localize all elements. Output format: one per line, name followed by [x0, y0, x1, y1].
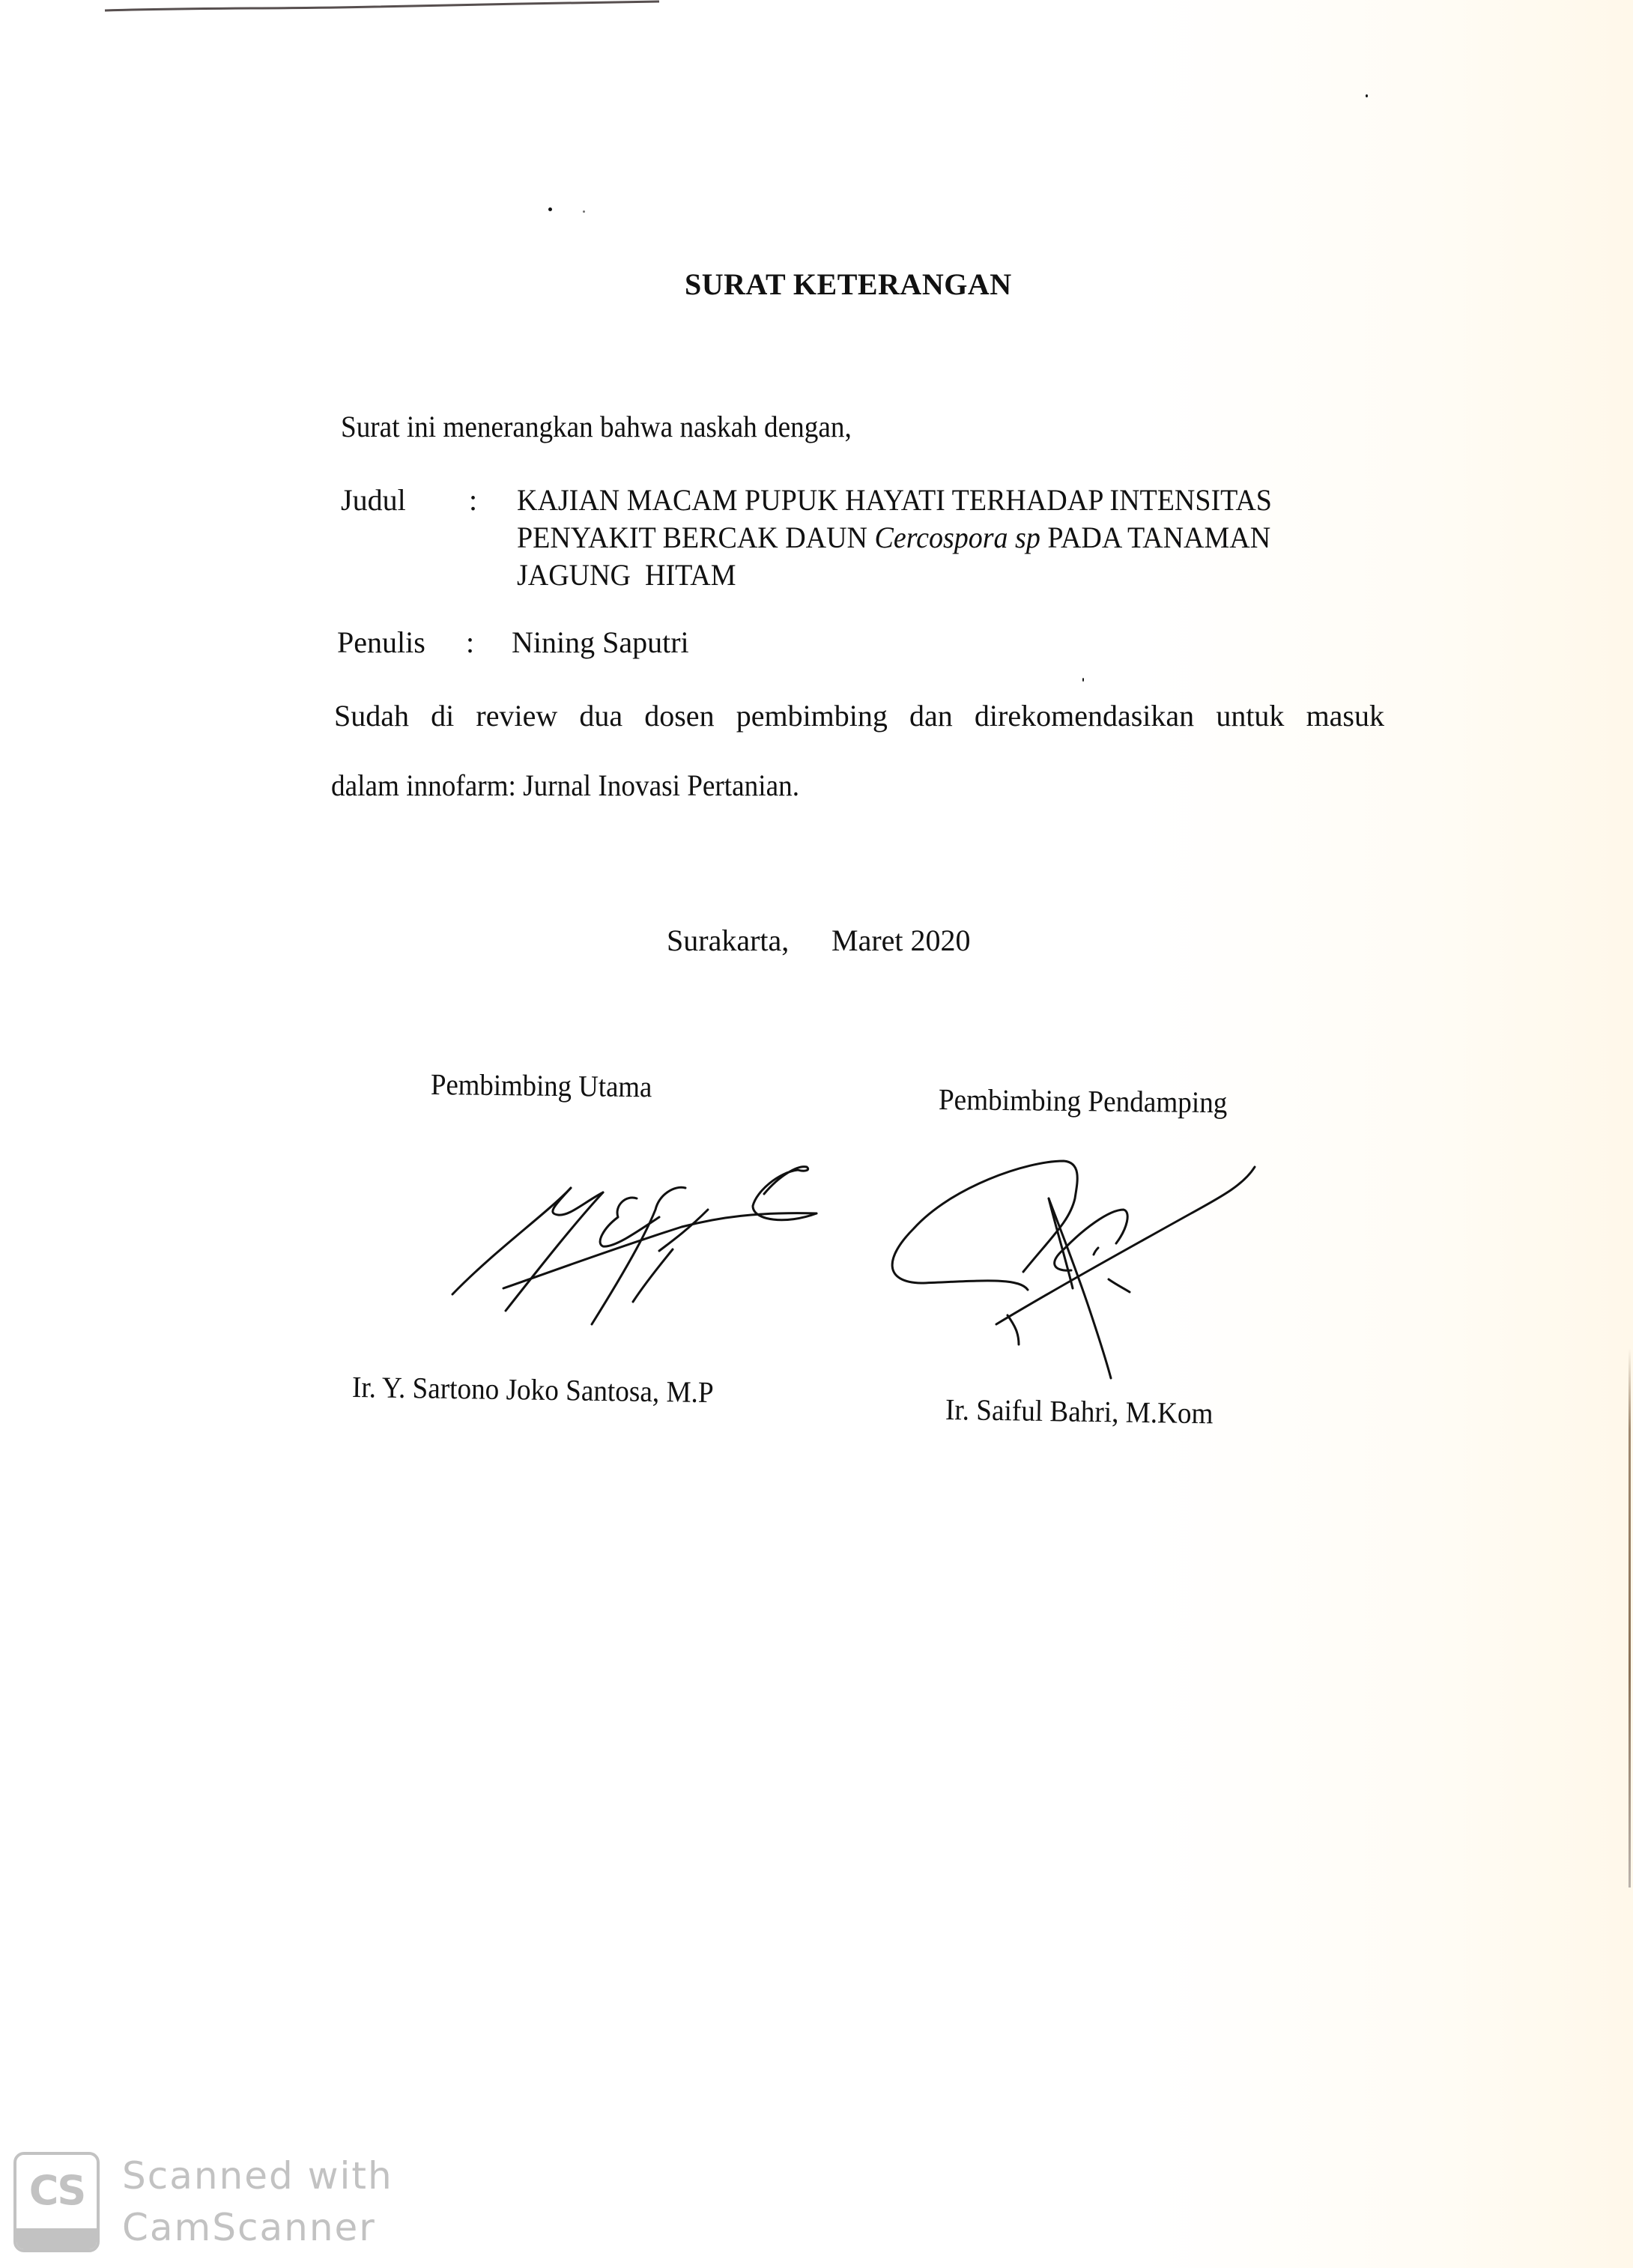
signature-primary [434, 1138, 854, 1341]
scan-speck [1366, 94, 1368, 97]
date: Maret 2020 [831, 926, 971, 956]
penulis-label: Penulis [337, 628, 425, 658]
judul-line-1: KAJIAN MACAM PUPUK HAYATI TERHADAP INTEN… [517, 485, 1272, 523]
judul-label: Judul [341, 485, 406, 515]
camscanner-logo-bar [16, 2228, 97, 2249]
judul-species-name: Cercospora sp [874, 521, 1040, 554]
camscanner-logo-text: CS [16, 2167, 97, 2214]
signatory-role-secondary: Pembimbing Pendamping [939, 1085, 1228, 1118]
intro-text: Surat ini menerangkan bahwa naskah denga… [341, 412, 852, 442]
signature-secondary [876, 1138, 1281, 1386]
scan-speck [583, 210, 585, 213]
judul-value: KAJIAN MACAM PUPUK HAYATI TERHADAP INTEN… [517, 485, 1272, 590]
signatory-role-primary: Pembimbing Utama [431, 1070, 652, 1102]
camscanner-logo-icon: CS [13, 2152, 100, 2252]
scan-edge-shadow [1629, 1348, 1631, 1888]
judul-separator: : [469, 485, 477, 515]
scan-speck [1082, 678, 1084, 682]
penulis-separator: : [466, 628, 474, 658]
place: Surakarta, [667, 926, 789, 956]
penulis-value: Nining Saputri [512, 628, 689, 658]
judul-line-3: JAGUNG HITAM [517, 560, 1272, 590]
judul-line-2-pre: PENYAKIT BERCAK DAUN [517, 521, 874, 554]
watermark-line-1: Scanned with [122, 2154, 393, 2198]
signatory-name-primary: Ir. Y. Sartono Joko Santosa, M.P [352, 1372, 714, 1407]
statement-line-2: dalam innofarm: Jurnal Inovasi Pertanian… [331, 771, 799, 801]
scan-speck [548, 207, 552, 211]
watermark-line-2: CamScanner [122, 2206, 376, 2249]
scan-edge-line [0, 0, 674, 22]
judul-line-2: PENYAKIT BERCAK DAUN Cercospora sp PADA … [517, 523, 1272, 560]
signatory-name-secondary: Ir. Saiful Bahri, M.Kom [945, 1395, 1214, 1428]
statement-line-1: Sudah di review dua dosen pembimbing dan… [334, 701, 1384, 731]
document-title: SURAT KETERANGAN [685, 267, 1012, 302]
judul-line-2-post: PADA TANAMAN [1040, 521, 1270, 554]
